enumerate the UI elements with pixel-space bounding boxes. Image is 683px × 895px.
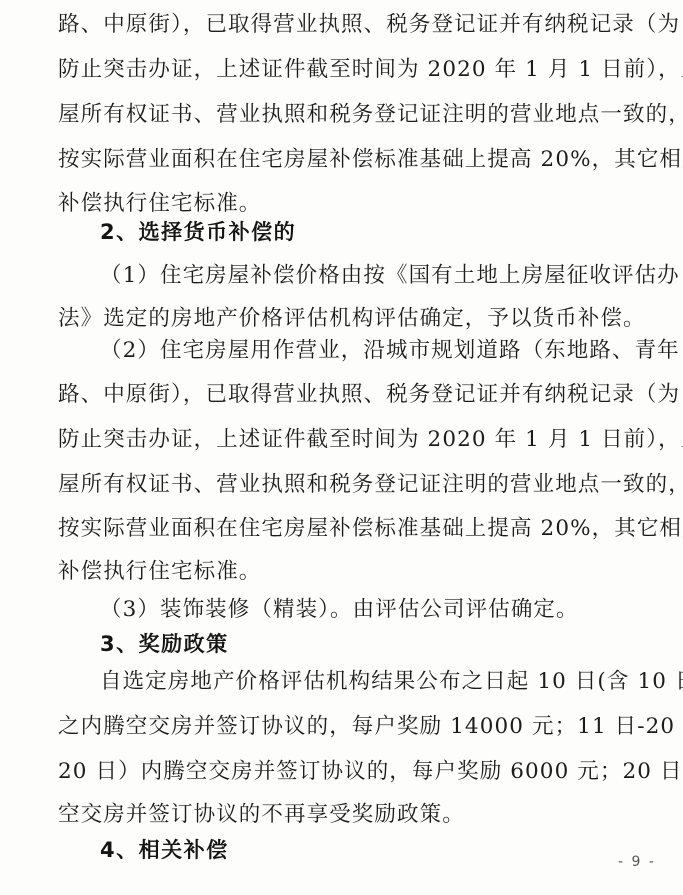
paragraph-line: 空交房并签订协议的不再享受奖励政策。 <box>58 801 650 829</box>
page-number: - 9 - <box>618 854 656 870</box>
paragraph-line: （3）装饰装修（精装）。由评估公司评估确定。 <box>100 596 650 624</box>
paragraph-line: 按实际营业面积在住宅房屋补偿标准基础上提高 20%，其它相关 <box>58 146 650 174</box>
document-page: 路、中原街），已取得营业执照、税务登记证并有纳税记录（为 防止突击办证，上述证件… <box>0 0 683 895</box>
paragraph-line: 补偿执行住宅标准。 <box>58 190 650 218</box>
paragraph-line: 防止突击办证，上述证件截至时间为 2020 年 1 月 1 日前），且房 <box>58 56 650 84</box>
paragraph-line: 按实际营业面积在住宅房屋补偿标准基础上提高 20%，其它相关 <box>58 515 650 543</box>
section-heading-4: 4、相关补偿 <box>100 836 650 864</box>
paragraph-line: 之内腾空交房并签订协议的，每户奖励 14000 元；11 日-20 日(含 <box>58 713 650 741</box>
section-heading-2: 2、选择货币补偿的 <box>100 218 650 246</box>
paragraph-line: 路、中原街），已取得营业执照、税务登记证并有纳税记录（为 <box>58 381 650 409</box>
paragraph-line: 屋所有权证书、营业执照和税务登记证注明的营业地点一致的， <box>58 471 650 499</box>
paragraph-line: 自选定房地产价格评估机构结果公布之日起 10 日(含 10 日） <box>100 668 650 696</box>
paragraph-line: （1）住宅房屋补偿价格由按《国有土地上房屋征收评估办 <box>100 262 650 290</box>
paragraph-line: 法》选定的房地产价格评估机构评估确定，予以货币补偿。 <box>58 305 650 333</box>
section-heading-3: 3、奖励政策 <box>100 630 650 658</box>
paragraph-line: （2）住宅房屋用作营业，沿城市规划道路（东地路、青年 <box>100 337 650 365</box>
paragraph-line: 路、中原街），已取得营业执照、税务登记证并有纳税记录（为 <box>58 11 650 39</box>
paragraph-line: 防止突击办证，上述证件截至时间为 2020 年 1 月 1 日前），且房 <box>58 426 650 454</box>
paragraph-line: 20 日）内腾空交房并签订协议的，每户奖励 6000 元；20 日后腾 <box>58 758 650 786</box>
paragraph-line: 补偿执行住宅标准。 <box>58 558 650 586</box>
paragraph-line: 屋所有权证书、营业执照和税务登记证注明的营业地点一致的， <box>58 101 650 129</box>
